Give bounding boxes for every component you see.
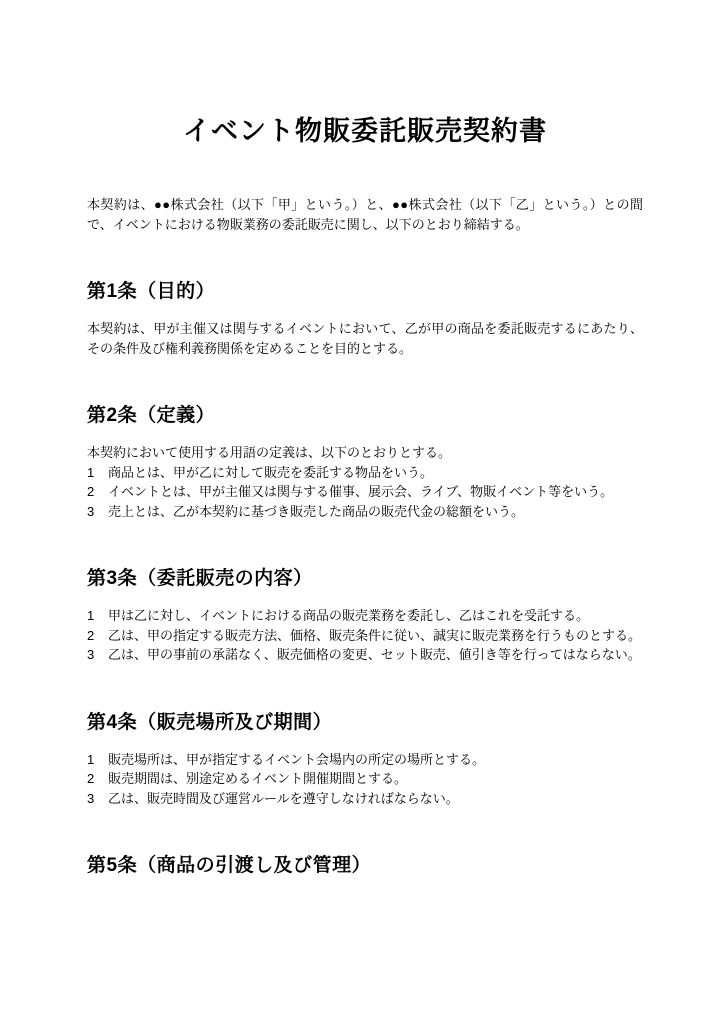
- article-heading: 第5条（商品の引渡し及び管理）: [87, 854, 643, 878]
- article-section-1: 第1条（目的）本契約は、甲が主催又は関与するイベントにおいて、乙が甲の商品を委託…: [87, 280, 643, 358]
- clause-number: 3: [87, 645, 108, 665]
- article-section-4: 第4条（販売場所及び期間）1販売場所は、甲が指定するイベント会場内の所定の場所と…: [87, 711, 643, 809]
- clause-item: 3売上とは、乙が本契約に基づき販売した商品の販売代金の総額をいう。: [87, 502, 643, 522]
- contract-document-page: イベント物販委託販売契約書 本契約は、●●株式会社（以下「甲」という。）と、●●…: [0, 0, 724, 1024]
- clause-number: 2: [87, 482, 108, 502]
- article-section-2: 第2条（定義）本契約において使用する用語の定義は、以下のとおりとする。1商品とは…: [87, 404, 643, 521]
- articles-container: 第1条（目的）本契約は、甲が主催又は関与するイベントにおいて、乙が甲の商品を委託…: [87, 280, 643, 878]
- document-title: イベント物販委託販売契約書: [87, 113, 643, 149]
- clause-text: イベントとは、甲が主催又は関与する催事、展示会、ライブ、物販イベント等をいう。: [108, 482, 643, 502]
- clause-number: 3: [87, 789, 108, 809]
- article-heading: 第4条（販売場所及び期間）: [87, 711, 643, 735]
- clause-text: 乙は、甲の事前の承諾なく、販売価格の変更、セット販売、値引き等を行ってはならない…: [108, 645, 643, 665]
- article-heading: 第3条（委託販売の内容）: [87, 567, 643, 591]
- clause-item: 3乙は、販売時間及び運営ルールを遵守しなければならない。: [87, 789, 643, 809]
- article-heading: 第2条（定義）: [87, 404, 643, 428]
- clause-number: 1: [87, 606, 108, 626]
- clause-number: 1: [87, 750, 108, 770]
- clause-text: 甲は乙に対し、イベントにおける商品の販売業務を委託し、乙はこれを受託する。: [108, 606, 643, 626]
- clause-number: 2: [87, 769, 108, 789]
- clause-item: 2イベントとは、甲が主催又は関与する催事、展示会、ライブ、物販イベント等をいう。: [87, 482, 643, 502]
- intro-paragraph: 本契約は、●●株式会社（以下「甲」という。）と、●●株式会社（以下「乙」という。…: [87, 195, 643, 234]
- clause-text: 売上とは、乙が本契約に基づき販売した商品の販売代金の総額をいう。: [108, 502, 643, 522]
- clause-item: 3乙は、甲の事前の承諾なく、販売価格の変更、セット販売、値引き等を行ってはならな…: [87, 645, 643, 665]
- clause-number: 1: [87, 463, 108, 483]
- clause-item: 2乙は、甲の指定する販売方法、価格、販売条件に従い、誠実に販売業務を行うものとす…: [87, 626, 643, 646]
- article-section-3: 第3条（委託販売の内容）1甲は乙に対し、イベントにおける商品の販売業務を委託し、…: [87, 567, 643, 665]
- clause-item: 1商品とは、甲が乙に対して販売を委託する物品をいう。: [87, 463, 643, 483]
- document-content: イベント物販委託販売契約書 本契約は、●●株式会社（以下「甲」という。）と、●●…: [0, 113, 724, 878]
- clause-item: 1販売場所は、甲が指定するイベント会場内の所定の場所とする。: [87, 750, 643, 770]
- clause-number: 2: [87, 626, 108, 646]
- clause-item: 2販売期間は、別途定めるイベント開催期間とする。: [87, 769, 643, 789]
- clause-item: 1甲は乙に対し、イベントにおける商品の販売業務を委託し、乙はこれを受託する。: [87, 606, 643, 626]
- article-lead: 本契約は、甲が主催又は関与するイベントにおいて、乙が甲の商品を委託販売するにあた…: [87, 319, 643, 358]
- clause-text: 乙は、販売時間及び運営ルールを遵守しなければならない。: [108, 789, 643, 809]
- clause-text: 商品とは、甲が乙に対して販売を委託する物品をいう。: [108, 463, 643, 483]
- article-lead: 本契約において使用する用語の定義は、以下のとおりとする。: [87, 443, 643, 463]
- clause-number: 3: [87, 502, 108, 522]
- clause-text: 販売場所は、甲が指定するイベント会場内の所定の場所とする。: [108, 750, 643, 770]
- article-section-5: 第5条（商品の引渡し及び管理）: [87, 854, 643, 878]
- clause-text: 乙は、甲の指定する販売方法、価格、販売条件に従い、誠実に販売業務を行うものとする…: [108, 626, 643, 646]
- clause-text: 販売期間は、別途定めるイベント開催期間とする。: [108, 769, 643, 789]
- article-heading: 第1条（目的）: [87, 280, 643, 304]
